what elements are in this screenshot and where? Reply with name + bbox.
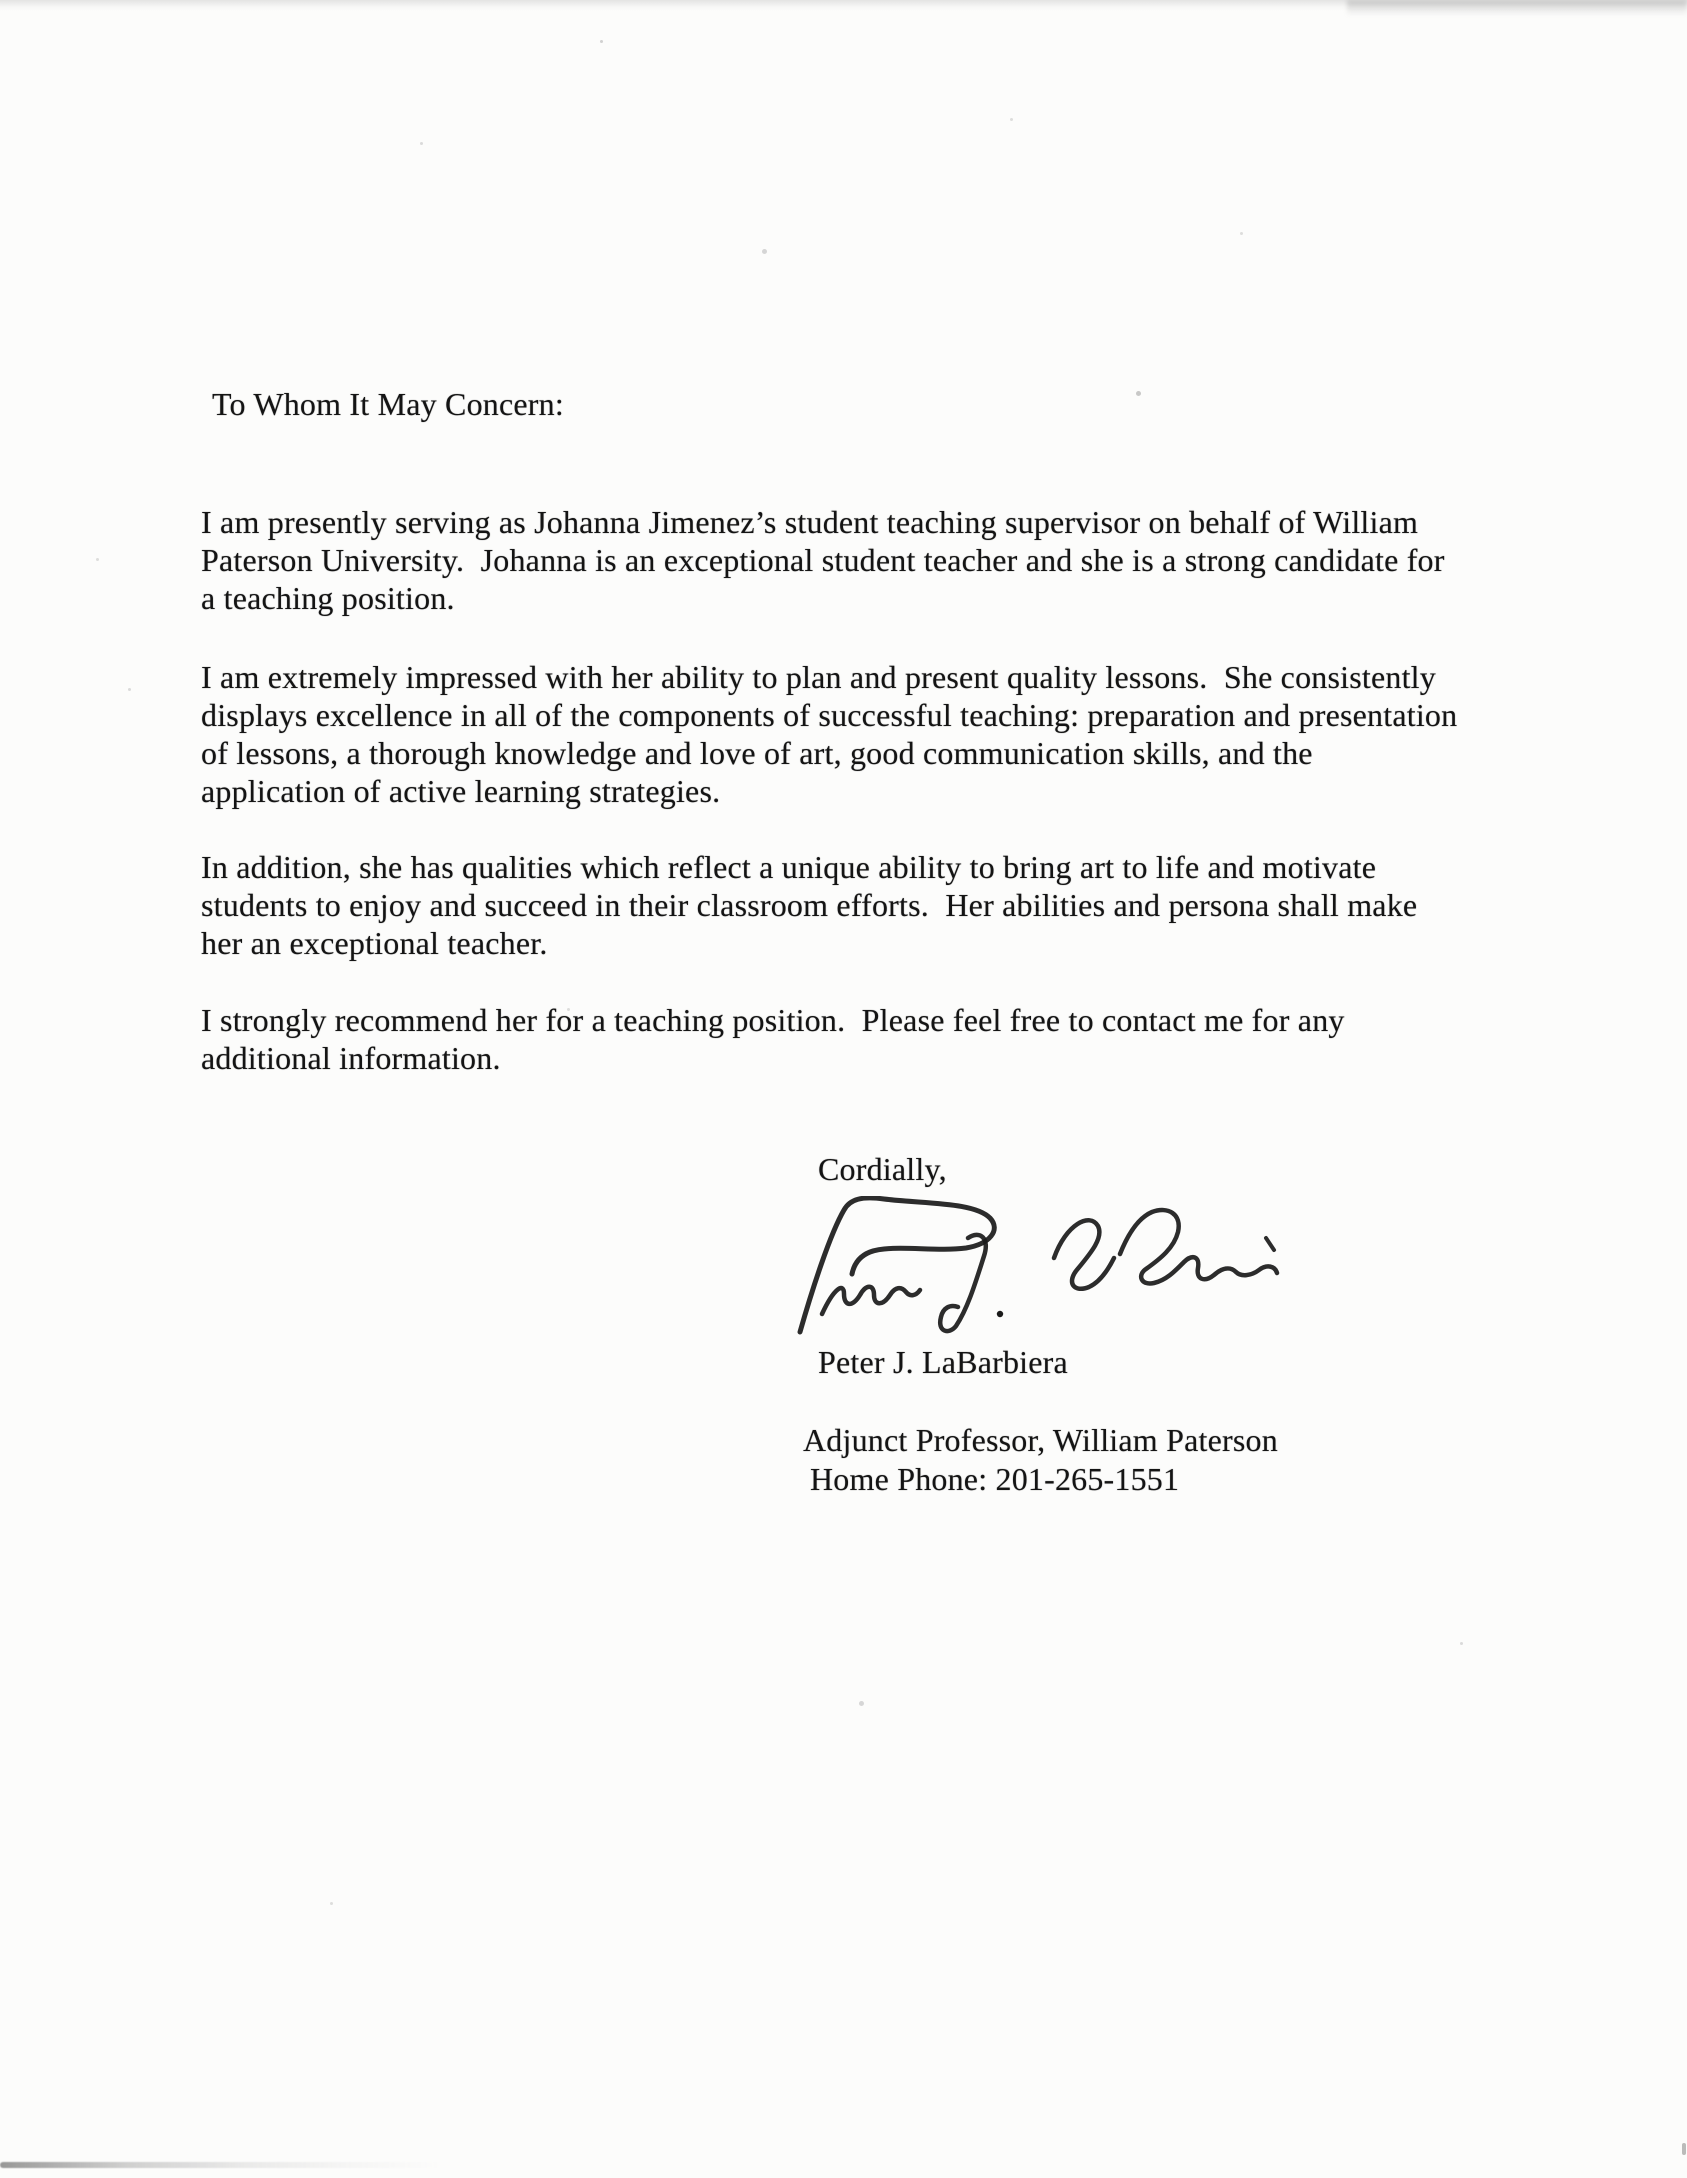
scan-artifact-edge-tick [1682,2143,1686,2155]
scan-speck-dots [0,0,3,3]
paragraph-1: I am presently serving as Johanna Jimene… [201,503,1463,617]
signer-phone: Home Phone: 201-265-1551 [810,1460,1179,1498]
paragraph-4: I strongly recommend her for a teaching … [201,1001,1463,1077]
scan-artifact-bottom-streak [0,2162,440,2168]
paragraph-2: I am extremely impressed with her abilit… [201,658,1463,810]
salutation: To Whom It May Concern: [212,385,564,423]
scan-artifact-top-right-smudge [1347,0,1687,16]
paragraph-3: In addition, she has qualities which ref… [201,848,1463,962]
signature [786,1196,1286,1338]
signer-title: Adjunct Professor, William Paterson [803,1421,1278,1459]
valediction: Cordially, [818,1150,947,1188]
signer-name: Peter J. LaBarbiera [818,1343,1068,1381]
scanned-letter-page: To Whom It May Concern: I am presently s… [0,0,1687,2178]
